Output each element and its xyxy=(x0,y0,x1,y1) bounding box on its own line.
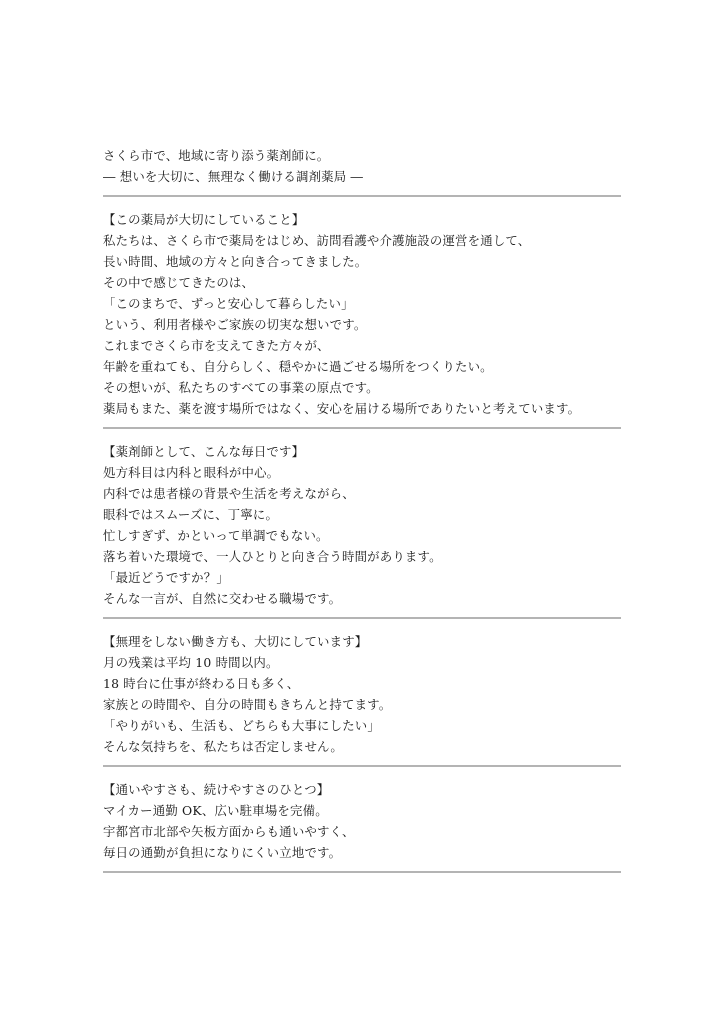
paragraph-line: そんな一言が、自然に交わせる職場です。 xyxy=(103,588,621,609)
section-heading: 【薬剤師として、こんな毎日です】 xyxy=(103,441,621,462)
paragraph-line: 私たちは、さくら市で薬局をはじめ、訪問看護や介護施設の運営を通して、 xyxy=(103,230,621,251)
section-heading: 【この薬局が大切にしていること】 xyxy=(103,209,621,230)
paragraph-line: 長い時間、地域の方々と向き合ってきました。 xyxy=(103,251,621,272)
section-daily-work: 【薬剤師として、こんな毎日です】 処方科目は内科と眼科が中心。 内科では患者様の… xyxy=(103,429,621,617)
section-heading: 【無理をしない働き方も、大切にしています】 xyxy=(103,631,621,652)
section-heading: 【通いやすさも、続けやすさのひとつ】 xyxy=(103,779,621,800)
paragraph-line: 落ち着いた環境で、一人ひとりと向き合う時間があります。 xyxy=(103,546,621,567)
paragraph-line: 忙しすぎず、かといって単調でもない。 xyxy=(103,525,621,546)
paragraph-line: 眼科ではスムーズに、丁寧に。 xyxy=(103,504,621,525)
paragraph-line: 処方科目は内科と眼科が中心。 xyxy=(103,462,621,483)
section-commute: 【通いやすさも、続けやすさのひとつ】 マイカー通勤 OK、広い駐車場を完備。 宇… xyxy=(103,767,621,871)
document-page: さくら市で、地域に寄り添う薬剤師に。 ― 想いを大切に、無理なく働ける調剤薬局 … xyxy=(103,145,621,873)
paragraph-line: 家族との時間や、自分の時間もきちんと持てます。 xyxy=(103,694,621,715)
paragraph-line: その想いが、私たちのすべての事業の原点です。 xyxy=(103,377,621,398)
header-subtitle: ― 想いを大切に、無理なく働ける調剤薬局 ― xyxy=(103,166,621,187)
paragraph-line: 「このまちで、ずっと安心して暮らしたい」 xyxy=(103,293,621,314)
paragraph-line: そんな気持ちを、私たちは否定しません。 xyxy=(103,736,621,757)
paragraph-line: 毎日の通勤が負担になりにくい立地です。 xyxy=(103,842,621,863)
paragraph-line: 月の残業は平均 10 時間以内。 xyxy=(103,652,621,673)
paragraph-line: その中で感じてきたのは、 xyxy=(103,272,621,293)
header-tagline: さくら市で、地域に寄り添う薬剤師に。 xyxy=(103,145,621,166)
paragraph-line: 年齢を重ねても、自分らしく、穏やかに過ごせる場所をつくりたい。 xyxy=(103,356,621,377)
paragraph-line: 18 時台に仕事が終わる日も多く、 xyxy=(103,673,621,694)
section-work-style: 【無理をしない働き方も、大切にしています】 月の残業は平均 10 時間以内。 1… xyxy=(103,619,621,765)
paragraph-line: 「最近どうですか？」 xyxy=(103,567,621,588)
divider xyxy=(103,871,621,873)
document-header: さくら市で、地域に寄り添う薬剤師に。 ― 想いを大切に、無理なく働ける調剤薬局 … xyxy=(103,145,621,187)
paragraph-line: 内科では患者様の背景や生活を考えながら、 xyxy=(103,483,621,504)
paragraph-line: という、利用者様やご家族の切実な想いです。 xyxy=(103,314,621,335)
paragraph-line: 宇都宮市北部や矢板方面からも通いやすく、 xyxy=(103,821,621,842)
paragraph-line: 「やりがいも、生活も、どちらも大事にしたい」 xyxy=(103,715,621,736)
paragraph-line: 薬局もまた、薬を渡す場所ではなく、安心を届ける場所でありたいと考えています。 xyxy=(103,398,621,419)
paragraph-line: これまでさくら市を支えてきた方々が、 xyxy=(103,335,621,356)
paragraph-line: マイカー通勤 OK、広い駐車場を完備。 xyxy=(103,800,621,821)
section-values: 【この薬局が大切にしていること】 私たちは、さくら市で薬局をはじめ、訪問看護や介… xyxy=(103,197,621,427)
